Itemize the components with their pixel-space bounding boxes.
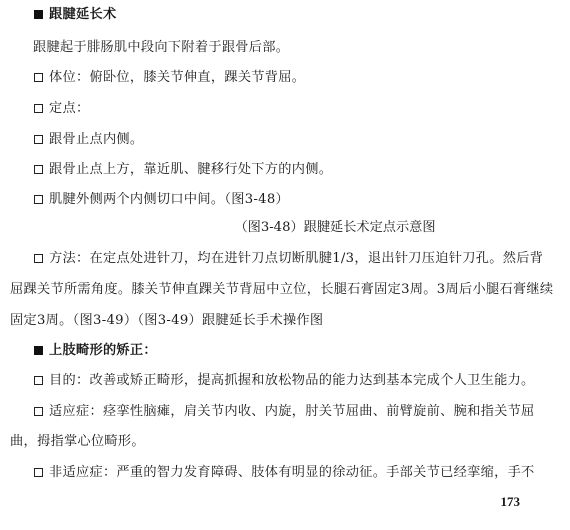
list-item-indications: 适应症：痉挛性脑瘫，肩关节内收、内旋，肘关节屈曲、前臂旋前、腕和指关节屈 xyxy=(34,403,535,421)
list-item-text: 跟骨止点上方，靠近肌、腱移行处下方的内侧。 xyxy=(49,162,332,177)
page-number: 173 xyxy=(501,494,521,510)
paragraph-text: 曲，拇指掌心位畸形。 xyxy=(10,434,145,449)
list-item-point-2: 跟骨止点上方，靠近肌、腱移行处下方的内侧。 xyxy=(34,161,332,179)
empty-square-bullet-icon xyxy=(34,254,43,263)
paragraph-continuation: 屈踝关节所需角度。膝关节伸直踝关节背屈中立位，长腿石膏固定3周。3周后小腿石膏继… xyxy=(10,281,553,299)
empty-square-bullet-icon xyxy=(34,73,43,82)
empty-square-bullet-icon xyxy=(34,407,43,416)
list-item-point-3: 肌腱外侧两个内侧切口中间。（图3-48） xyxy=(34,191,289,209)
empty-square-bullet-icon xyxy=(34,376,43,385)
heading-text: 跟腱延长术 xyxy=(49,7,116,22)
paragraph-text: 固定3周。（图3-49）（图3-49）跟腱延长手术操作图 xyxy=(10,313,323,328)
list-item-text: 定点： xyxy=(49,101,89,116)
empty-square-bullet-icon xyxy=(34,104,43,113)
list-item-text: 体位：俯卧位，膝关节伸直，踝关节背屈。 xyxy=(49,70,305,85)
list-item-point-1: 跟骨止点内侧。 xyxy=(34,131,143,149)
list-item-purpose: 目的：改善或矫正畸形，提高抓握和放松物品的能力达到基本完成个人卫生能力。 xyxy=(34,372,535,390)
list-item-text: 肌腱外侧两个内侧切口中间。（图3-48） xyxy=(49,192,289,207)
paragraph-text: 屈踝关节所需角度。膝关节伸直踝关节背屈中立位，长腿石膏固定3周。3周后小腿石膏继… xyxy=(10,282,553,297)
filled-square-bullet-icon xyxy=(34,346,43,355)
section-heading-achilles-lengthening: 跟腱延长术 xyxy=(34,6,116,24)
paragraph-continuation: 固定3周。（图3-49）（图3-49）跟腱延长手术操作图 xyxy=(10,312,323,330)
paragraph-intro: 跟腱起于腓肠肌中段向下附着于跟骨后部。 xyxy=(33,39,289,57)
empty-square-bullet-icon xyxy=(34,195,43,204)
section-heading-upper-limb: 上肢畸形的矫正： xyxy=(34,342,157,360)
empty-square-bullet-icon xyxy=(34,468,43,477)
list-item-method: 方法：在定点处进针刀，均在进针刀点切断肌腱1/3，退出针刀压迫针刀孔。然后背 xyxy=(34,250,543,268)
list-item-text: 跟骨止点内侧。 xyxy=(49,132,143,147)
figure-caption: （图3-48）跟腱延长术定点示意图 xyxy=(0,219,570,237)
list-item-text: 适应症：痉挛性脑瘫，肩关节内收、内旋，肘关节屈曲、前臂旋前、腕和指关节屈 xyxy=(49,404,535,419)
list-item-contraindications: 非适应症：严重的智力发育障碍、肢体有明显的徐动征。手部关节已经挛缩，手不 xyxy=(34,464,535,482)
filled-square-bullet-icon xyxy=(34,10,43,19)
list-item-fixed-points: 定点： xyxy=(34,100,89,118)
paragraph-continuation: 曲，拇指掌心位畸形。 xyxy=(10,433,145,451)
empty-square-bullet-icon xyxy=(34,135,43,144)
list-item-text: 目的：改善或矫正畸形，提高抓握和放松物品的能力达到基本完成个人卫生能力。 xyxy=(49,373,535,388)
list-item-text: 非适应症：严重的智力发育障碍、肢体有明显的徐动征。手部关节已经挛缩，手不 xyxy=(49,465,535,480)
paragraph-text: 跟腱起于腓肠肌中段向下附着于跟骨后部。 xyxy=(33,40,289,55)
list-item-position: 体位：俯卧位，膝关节伸直，踝关节背屈。 xyxy=(34,69,305,87)
empty-square-bullet-icon xyxy=(34,165,43,174)
heading-text: 上肢畸形的矫正： xyxy=(49,343,157,358)
list-item-text: 方法：在定点处进针刀，均在进针刀点切断肌腱1/3，退出针刀压迫针刀孔。然后背 xyxy=(49,251,543,266)
